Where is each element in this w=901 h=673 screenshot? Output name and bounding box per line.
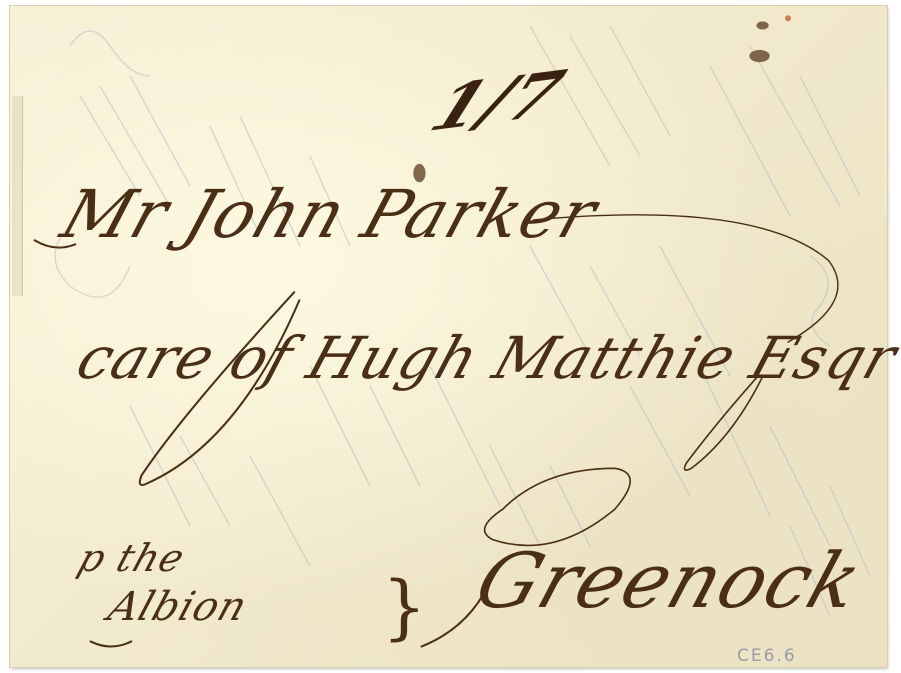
- pencil-reference-note: CE6.6: [737, 646, 797, 666]
- ship-endorsement-line2: Albion: [103, 584, 254, 630]
- ship-endorsement-line1: p the: [73, 536, 191, 580]
- letter-cover: 1/7 Mr John Parker care of Hugh Matthie …: [10, 6, 887, 667]
- address-town: Greenock: [466, 536, 873, 625]
- address-recipient: Mr John Parker: [52, 176, 606, 253]
- address-care-of: care of Hugh Matthie Esqr: [69, 324, 901, 392]
- brace-mark: }: [382, 566, 427, 648]
